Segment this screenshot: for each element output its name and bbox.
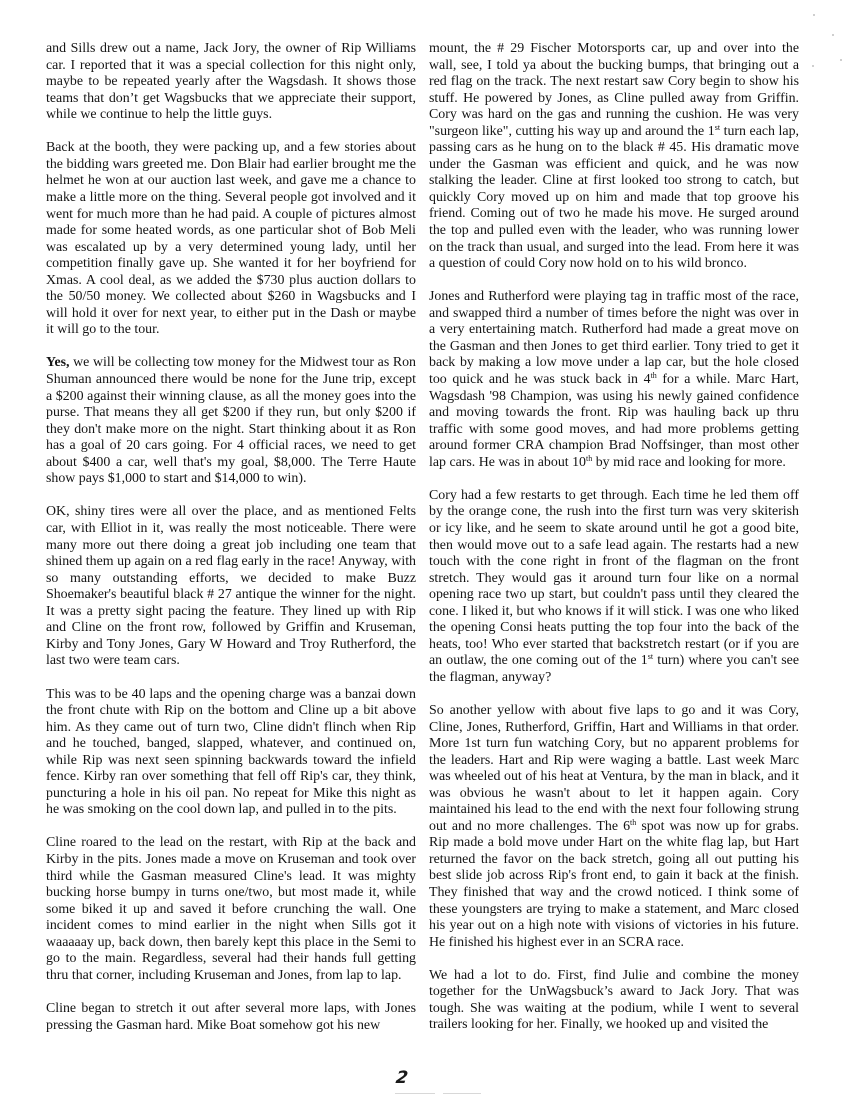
paragraph-unwagsbuck-award: We had a lot to do. First, find Julie an… (429, 968, 799, 1034)
bold-lead-word: Yes, (46, 355, 70, 370)
right-column: mount, the # 29 Fischer Motorsports car,… (429, 41, 799, 1051)
scan-artifact (395, 1093, 435, 1094)
paragraph-restarts: Cory had a few restarts to get through. … (429, 488, 799, 687)
text-run: by mid race and looking for more. (592, 455, 786, 470)
paragraph-stretch-out: Cline began to stretch it out after seve… (46, 1001, 416, 1034)
paragraph-final-yellow: So another yellow with about five laps t… (429, 703, 799, 951)
scan-artifact (813, 14, 815, 16)
scan-artifact (840, 59, 842, 61)
paragraph-shiny-tires: OK, shiny tires were all over the place,… (46, 504, 416, 669)
paragraph-jones-rutherford: Jones and Rutherford were playing tag in… (429, 289, 799, 471)
page-number: 2 (395, 1068, 410, 1088)
scan-artifact (812, 65, 814, 67)
document-page: and Sills drew out a name, Jack Jory, th… (0, 0, 850, 1100)
text-run: We had a lot to do. First, find Julie an… (429, 968, 799, 1033)
paragraph-cory-surge: mount, the # 29 Fischer Motorsports car,… (429, 41, 799, 273)
paragraph-jory-collection: and Sills drew out a name, Jack Jory, th… (46, 41, 416, 124)
text-run: Cory had a few restarts to get through. … (429, 488, 799, 668)
text-run: turn each lap, passing cars as he hung o… (429, 124, 799, 271)
paragraph-booth-auction: Back at the booth, they were packing up,… (46, 140, 416, 339)
text-run: spot was now up for grabs. Rip made a bo… (429, 819, 799, 950)
scan-artifact (832, 34, 834, 36)
paragraph-restart-lead: Cline roared to the lead on the restart,… (46, 835, 416, 984)
paragraph-opening-charge: This was to be 40 laps and the opening c… (46, 687, 416, 819)
paragraph-tow-money: Yes, we will be collecting tow money for… (46, 355, 416, 487)
paragraph-text: we will be collecting tow money for the … (46, 355, 416, 486)
scan-artifact (443, 1093, 481, 1094)
left-column: and Sills drew out a name, Jack Jory, th… (46, 41, 416, 1051)
text-run: So another yellow with about five laps t… (429, 703, 799, 834)
